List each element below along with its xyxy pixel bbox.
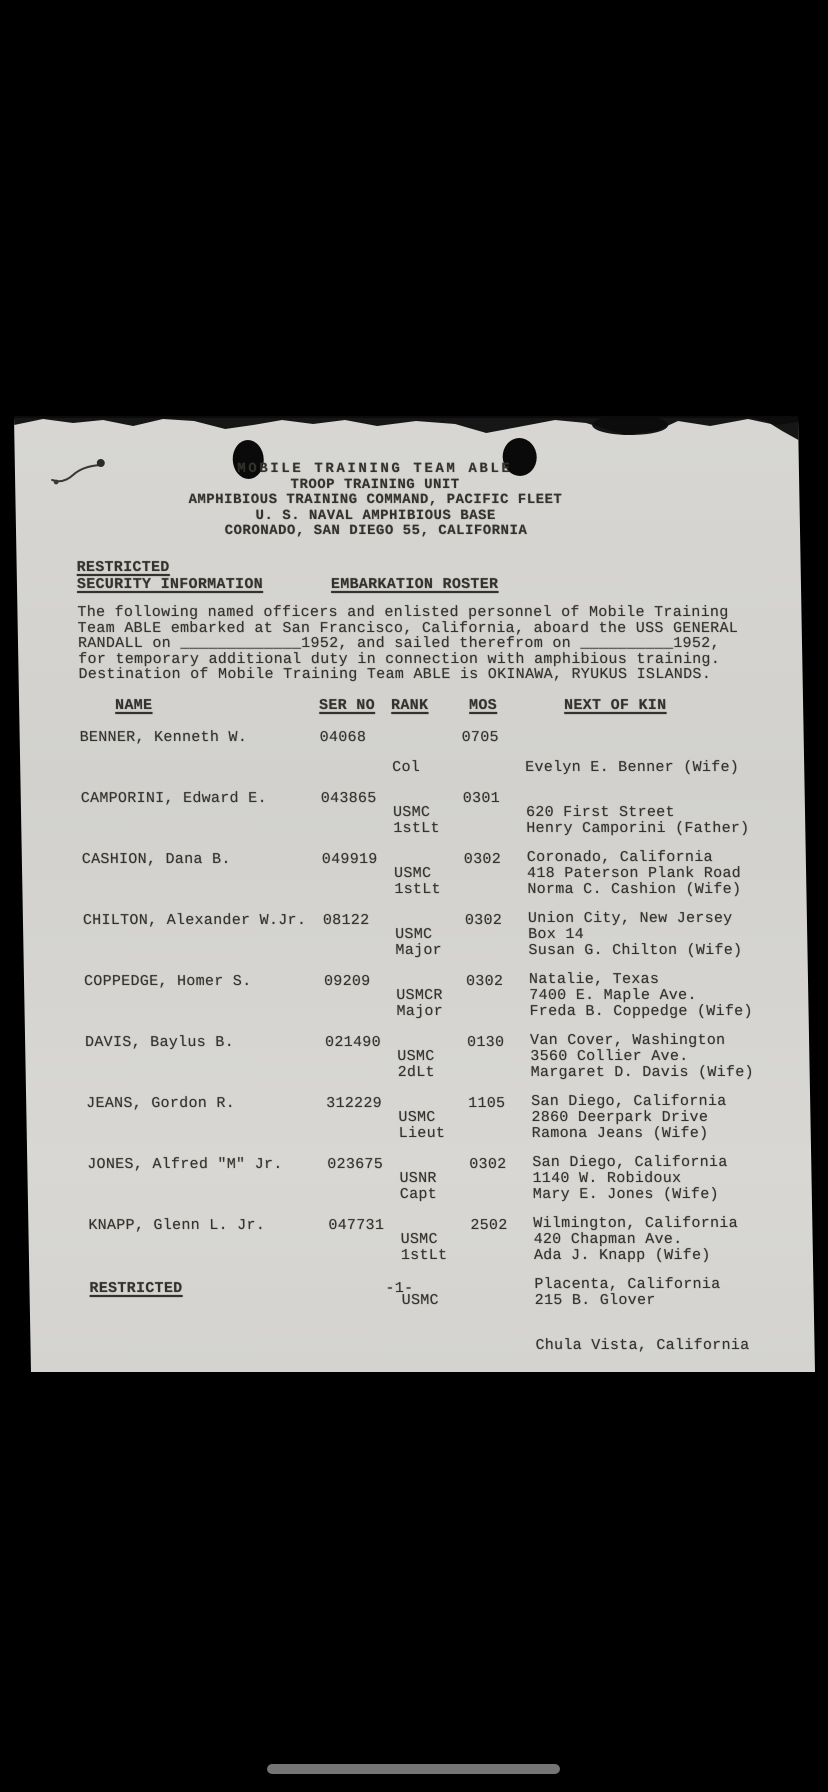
kin-line: Susan G. Chilton (Wife) [528, 943, 742, 958]
kin-line: Ada J. Knapp (Wife) [534, 1248, 748, 1263]
cell-name: JONES, Alfred "M" Jr. [87, 1157, 283, 1172]
cell-mos: 0705 [462, 730, 499, 745]
body-line: The following named officers and enliste… [77, 605, 738, 621]
cell-ser-no: 08122 [323, 913, 370, 928]
letterhead-line: AMPHIBIOUS TRAINING COMMAND, PACIFIC FLE… [15, 493, 735, 509]
scanned-page[interactable]: MOBILE TRAINING TEAM ABLE TROOP TRAINING… [14, 418, 815, 1372]
kin-line: 215 B. Glover [535, 1293, 749, 1308]
rank-line: 1stLt [393, 821, 468, 836]
cell-ser-no: 312229 [326, 1096, 382, 1111]
cell-name: KNAPP, Glenn L. Jr. [88, 1218, 265, 1233]
kin-line: Evelyn E. Benner (Wife) [525, 760, 739, 775]
cell-name: CAMPORINI, Edward E. [81, 791, 267, 806]
letterhead-line: MOBILE TRAINING TEAM ABLE [15, 462, 735, 478]
cell-ser-no: 021490 [325, 1035, 381, 1050]
body-line: Destination of Mobile Training Team ABLE… [78, 667, 739, 683]
cell-name: CASHION, Dana B. [82, 852, 231, 867]
kin-line: Freda B. Coppedge (Wife) [529, 1004, 753, 1019]
classification-restricted: RESTRICTED [77, 560, 170, 576]
cell-mos: 0130 [467, 1035, 504, 1050]
cell-ser-no: 043865 [321, 791, 377, 806]
kin-line: Margaret D. Davis (Wife) [531, 1065, 755, 1080]
footer-page-number: -1- [385, 1281, 413, 1297]
body-line: RANDALL on _____________1952, and sailed… [78, 636, 739, 652]
rank-line: Capt [400, 1187, 475, 1202]
home-indicator[interactable] [267, 1764, 560, 1774]
cell-mos: 0302 [465, 913, 502, 928]
scan-edge-artifact [14, 416, 799, 446]
kin-line: Chula Vista, California [535, 1338, 749, 1353]
column-header-name: NAME [115, 697, 153, 714]
cell-mos: 0301 [463, 791, 500, 806]
letterhead: MOBILE TRAINING TEAM ABLE TROOP TRAINING… [15, 462, 736, 540]
kin-line: Norma C. Cashion (Wife) [527, 882, 741, 897]
phone-screen: MOBILE TRAINING TEAM ABLE TROOP TRAINING… [0, 0, 828, 1792]
letterhead-line: CORONADO, SAN DIEGO 55, CALIFORNIA [16, 524, 736, 540]
cell-name: BENNER, Kenneth W. [80, 730, 248, 745]
cell-name: DAVIS, Baylus B. [85, 1035, 234, 1050]
rank-line: 2dLt [398, 1065, 473, 1080]
letterhead-line: TROOP TRAINING UNIT [15, 478, 735, 494]
rank-line: Major [395, 943, 470, 958]
cell-mos: 2502 [470, 1218, 507, 1233]
body-line: Team ABLE embarked at San Francisco, Cal… [78, 621, 739, 637]
letterhead-line: U. S. NAVAL AMPHIBIOUS BASE [16, 509, 736, 525]
cell-name: JEANS, Gordon R. [86, 1096, 235, 1111]
classification-security-information: SECURITY INFORMATION [77, 577, 263, 593]
cell-ser-no: 09209 [324, 974, 371, 989]
rank-line: 1stLt [401, 1248, 476, 1263]
cell-mos: 0302 [466, 974, 503, 989]
cell-ser-no: 047731 [328, 1218, 384, 1233]
body-line: for temporary additional duty in connect… [78, 652, 739, 668]
column-header-mos: MOS [469, 697, 497, 714]
body-paragraph: The following named officers and enliste… [77, 605, 739, 683]
rank-line: Major [396, 1004, 471, 1019]
kin-line: Henry Camporini (Father) [526, 821, 750, 836]
cell-ser-no: 049919 [322, 852, 378, 867]
cell-mos: 0302 [469, 1157, 506, 1172]
cell-ser-no: 04068 [320, 730, 367, 745]
kin-line: Mary E. Jones (Wife) [533, 1187, 719, 1202]
column-header-rank: RANK [391, 697, 429, 714]
cell-name: COPPEDGE, Homer S. [84, 974, 252, 989]
column-header-ser-no: SER NO [319, 697, 375, 714]
rank-line: 1stLt [394, 882, 469, 897]
cell-mos: 0302 [464, 852, 501, 867]
kin-line: Ramona Jeans (Wife) [532, 1126, 737, 1141]
cell-rank: 1stLt USMC [400, 1218, 477, 1338]
column-header-next-of-kin: NEXT OF KIN [564, 697, 667, 714]
rank-line: Col [392, 760, 467, 775]
roster-title: EMBARKATION ROSTER [331, 577, 499, 593]
cell-ser-no: 023675 [327, 1157, 383, 1172]
footer-classification: RESTRICTED [89, 1281, 182, 1297]
cell-next-of-kin: Ada J. Knapp (Wife) 215 B. Glover Chula … [533, 1218, 750, 1383]
cell-name: CHILTON, Alexander W.Jr. [83, 913, 307, 928]
rank-line: Lieut [399, 1126, 474, 1141]
cell-mos: 1105 [468, 1096, 505, 1111]
